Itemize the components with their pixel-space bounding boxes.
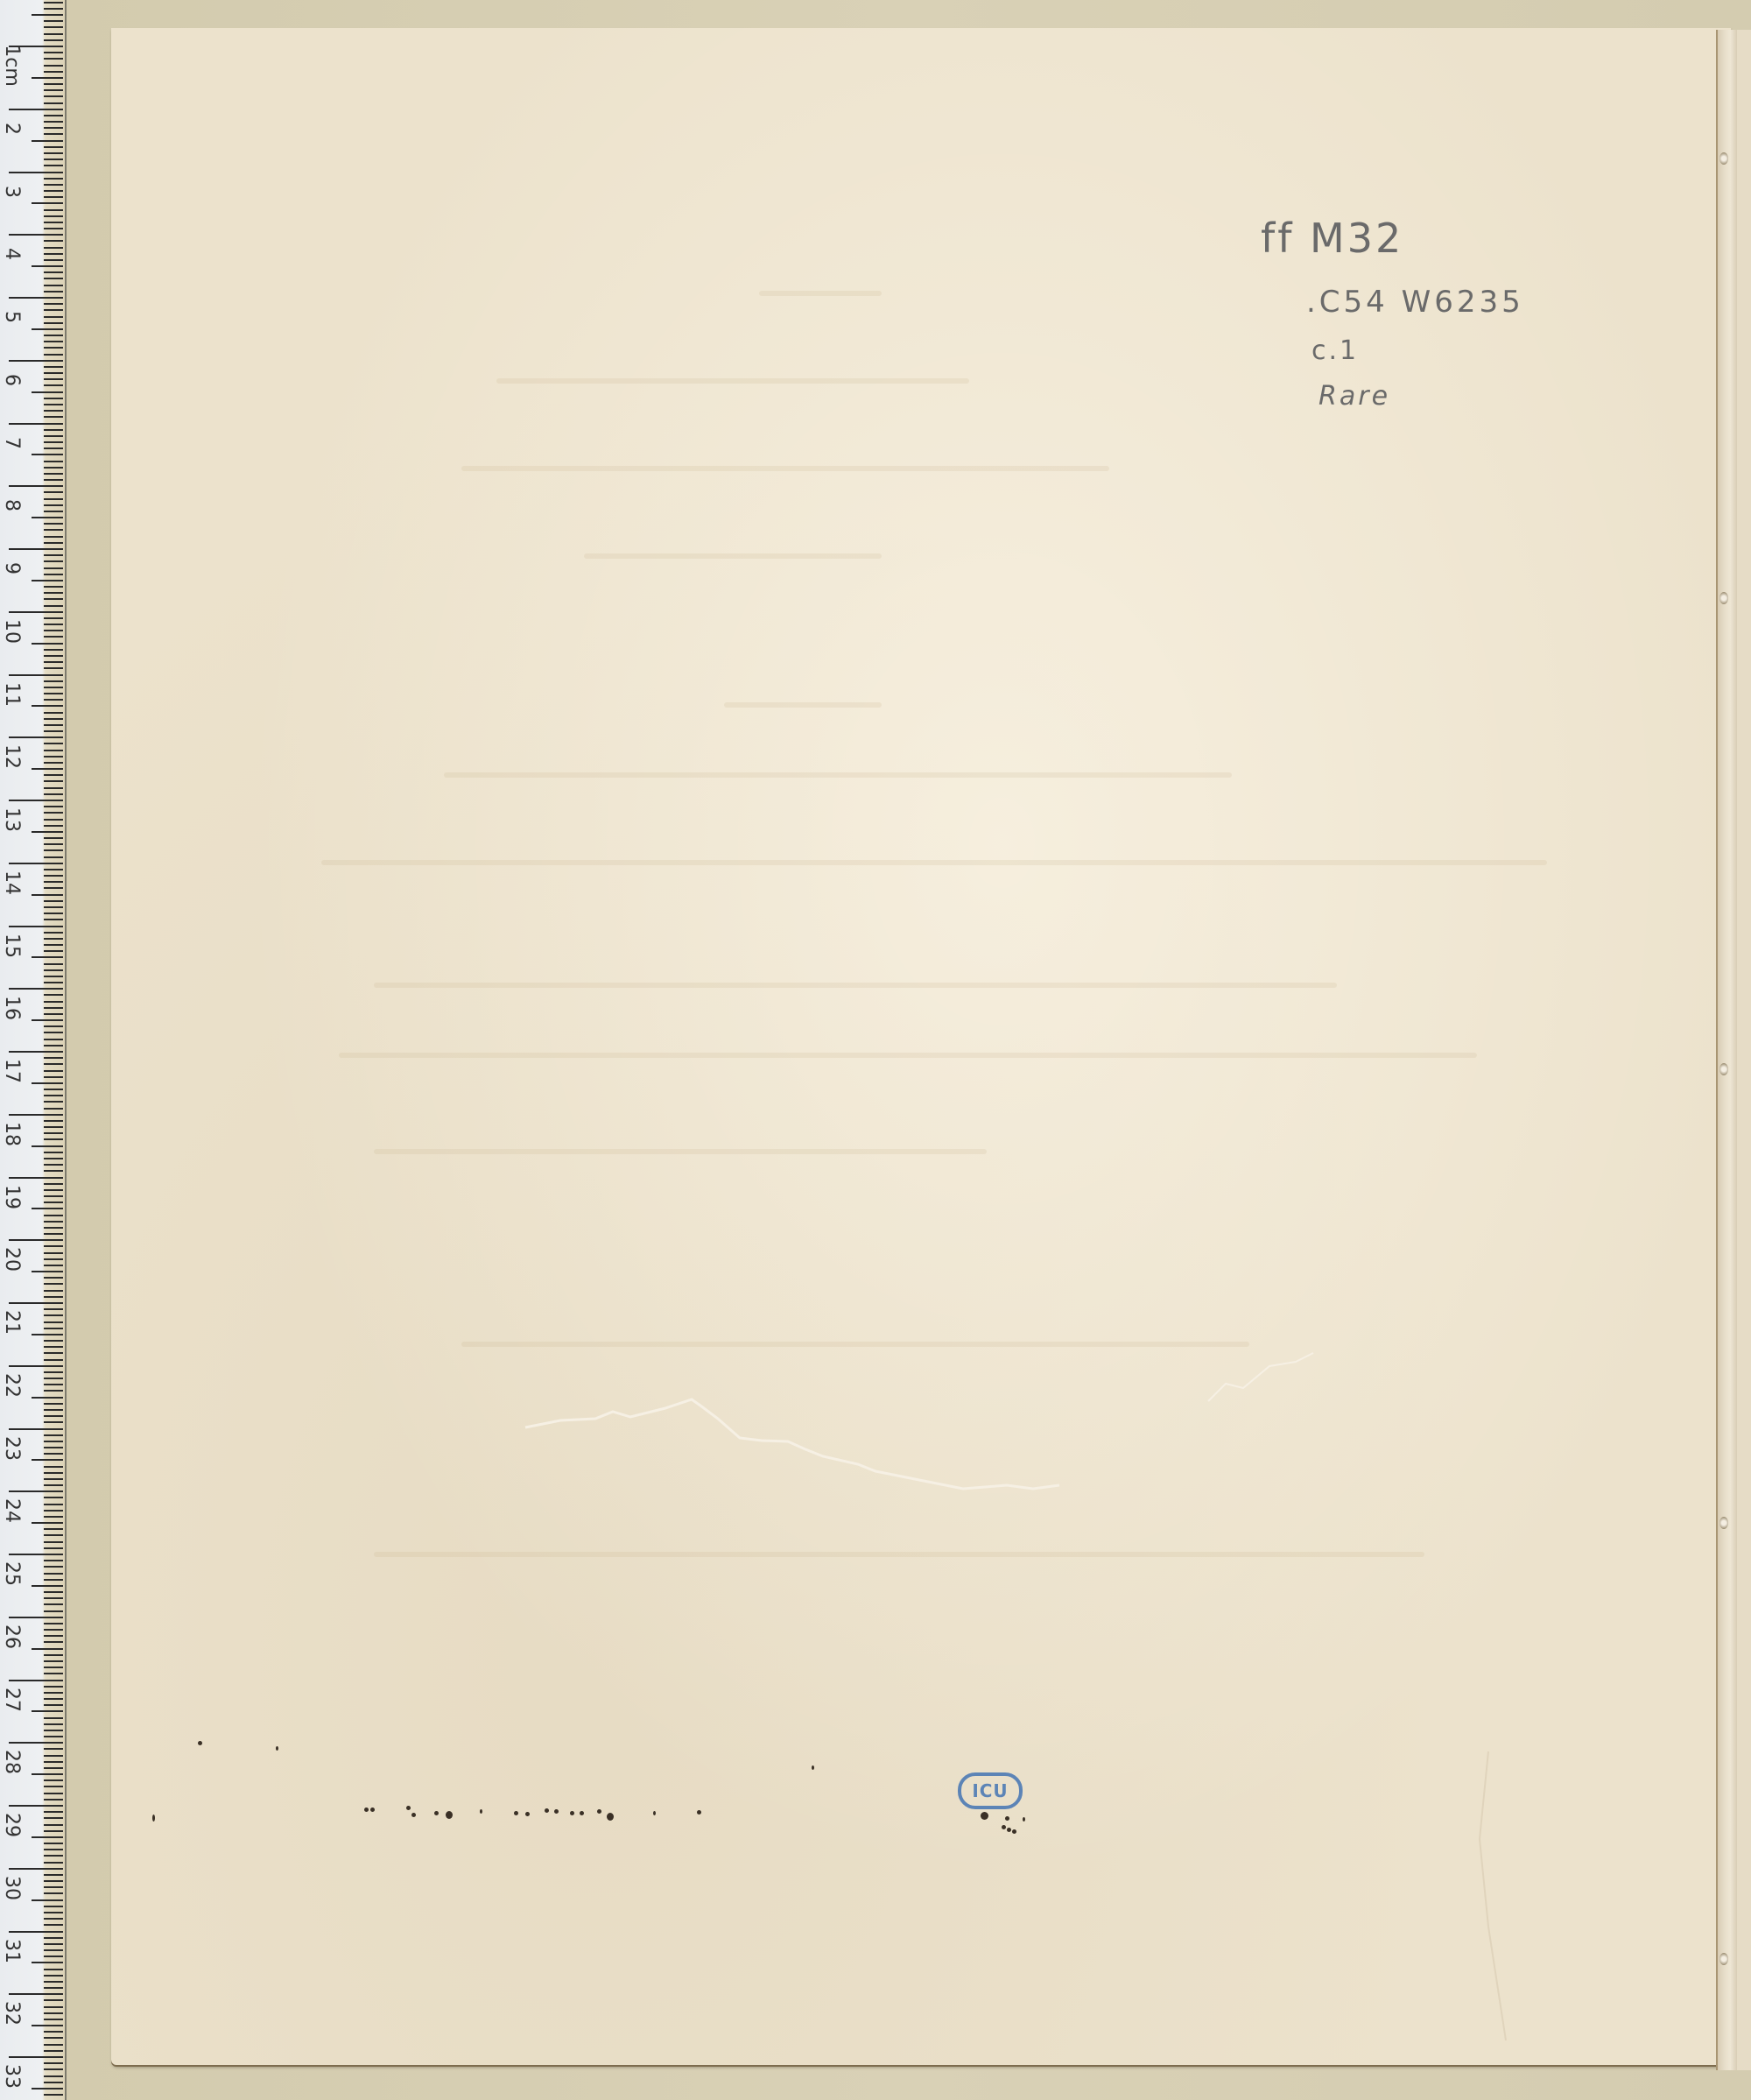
binding-edge	[1716, 30, 1739, 2070]
call-number-cutter: .C54 W6235	[1306, 285, 1524, 320]
binding-stitch	[1719, 1953, 1728, 1965]
binding-stitch	[1719, 1063, 1728, 1075]
binding-stitch	[1719, 152, 1728, 165]
page-edge-strip	[1737, 30, 1751, 2070]
call-number-class: ff M32	[1261, 215, 1403, 262]
binding-stitch	[1719, 592, 1728, 604]
copy-number: c.1	[1311, 335, 1359, 366]
binding-stitch	[1719, 1517, 1728, 1529]
library-stamp: ICU	[958, 1772, 1023, 1809]
collection-note: Rare	[1319, 381, 1390, 412]
